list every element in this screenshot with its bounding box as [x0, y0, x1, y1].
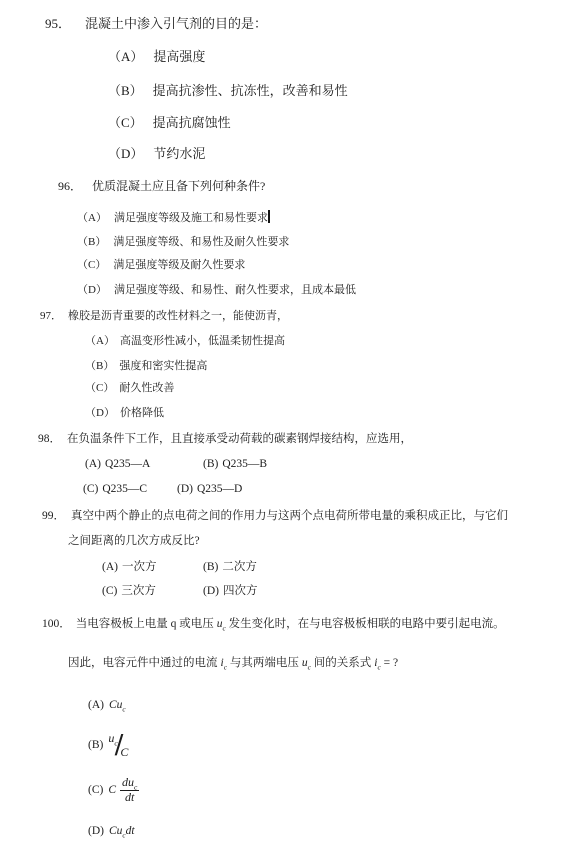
question-100-title-line1: 100．当电容极板上电量 q 或电压uc发生变化时，在与电容极板相联的电路中要引… [42, 617, 505, 631]
option-text: Q235—A [105, 458, 150, 470]
q99-option-c: (C)三次方 [102, 584, 156, 598]
option-label: (D) [203, 584, 219, 598]
q100-option-a: (A)Cuc [88, 698, 126, 712]
option-label: (A) [102, 560, 118, 574]
option-label: (A) [85, 457, 101, 471]
option-label: （C） [85, 382, 114, 396]
question-96-title: 96．优质混凝土应且备下列何种条件? [58, 179, 265, 194]
question-text: 橡胶是沥青重要的改性材料之一，能使沥青， [68, 310, 288, 322]
text-cursor [268, 210, 270, 223]
q96-option-b: （B）满足强度等级、和易性及耐久性要求 [77, 236, 289, 250]
math-ic: ic [374, 657, 380, 669]
option-text: 强度和密实性提高 [119, 360, 207, 372]
q100-option-c: (C) C duc dt [88, 776, 139, 805]
math-uc: uc [302, 657, 311, 669]
option-label: (C) [83, 482, 98, 496]
q98-option-b: (B)Q235—B [203, 457, 267, 471]
option-text: 四次方 [223, 585, 258, 597]
option-label: (C) [102, 584, 117, 598]
formula-Cuc: Cuc [109, 698, 126, 712]
q97-option-b: （B）强度和密实性提高 [85, 360, 207, 374]
q95-option-a: （A）提高强度 [108, 49, 205, 65]
question-text: 真空中两个静止的点电荷之间的作用力与这两个点电荷所带电量的乘积成正比，与它们 [71, 510, 508, 522]
question-number: 98． [38, 433, 61, 445]
option-label: （D） [77, 284, 107, 298]
option-label: （B） [85, 360, 114, 374]
option-label: (B) [203, 457, 218, 471]
option-label: （D） [85, 407, 115, 421]
option-text: 二次方 [222, 561, 257, 573]
question-text: 当电容极板上电量 q 或电压 [76, 618, 214, 630]
question-97-title: 97．橡胶是沥青重要的改性材料之一，能使沥青， [40, 310, 288, 324]
option-text: Q235—B [222, 458, 267, 470]
q96-option-a: （A）满足强度等级及施工和易性要求 [77, 210, 270, 226]
question-number: 95． [45, 16, 71, 31]
option-label: （A） [77, 212, 107, 226]
q100-option-b: (B) uc∕C [88, 734, 128, 756]
question-99-title-line1: 99．真空中两个静止的点电荷之间的作用力与这两个点电荷所带电量的乘积成正比，与它… [42, 509, 508, 523]
q99-option-b: (B)二次方 [203, 560, 257, 574]
option-label: (B) [88, 738, 103, 752]
question-number: 96． [58, 179, 82, 193]
option-label: （B） [108, 83, 143, 99]
q98-option-c: (C)Q235—C [83, 482, 147, 496]
option-text: 一次方 [122, 561, 157, 573]
option-text: 满足强度等级、和易性、耐久性要求，且成本最低 [114, 284, 356, 296]
q96-option-c: （C）满足强度等级及耐久性要求 [77, 259, 245, 273]
option-text: Q235—D [197, 483, 242, 495]
option-label: （A） [85, 335, 115, 349]
option-label: (D) [177, 482, 193, 496]
option-text: 提高抗渗性、抗冻性，改善和易性 [153, 83, 348, 98]
q99-option-d: (D)四次方 [203, 584, 257, 598]
option-text: 满足强度等级、和易性及耐久性要求 [113, 236, 289, 248]
option-label: （D） [108, 146, 143, 162]
question-number: 97． [40, 310, 62, 322]
document-page[interactable]: 95．混凝土中渗入引气剂的目的是： （A）提高强度 （B）提高抗渗性、抗冻性，改… [0, 0, 574, 850]
q95-option-b: （B）提高抗渗性、抗冻性，改善和易性 [108, 83, 348, 99]
option-label: (B) [203, 560, 218, 574]
q99-option-a: (A)一次方 [102, 560, 156, 574]
question-text: 之间距离的几次方成反比? [68, 535, 200, 547]
option-text: 三次方 [121, 585, 156, 597]
question-number: 100． [42, 618, 71, 630]
question-text: 混凝土中渗入引气剂的目的是： [85, 16, 267, 31]
question-text: 与其两端电压 [230, 657, 299, 669]
option-text: 耐久性改善 [119, 382, 174, 394]
formula-coefficient: C [108, 783, 116, 797]
formula-duc-over-dt: duc dt [120, 776, 139, 805]
question-98-title: 98．在负温条件下工作，且直接承受动荷载的碳素钢焊接结构，应选用， [38, 432, 412, 446]
math-ic: ic [221, 657, 227, 669]
question-99-title-line2: 之间距离的几次方成反比? [68, 534, 200, 548]
question-95-title: 95．混凝土中渗入引气剂的目的是： [45, 16, 267, 32]
option-text: 满足强度等级及施工和易性要求 [114, 212, 268, 224]
option-label: （A） [108, 49, 143, 65]
question-text: 在负温条件下工作，且直接承受动荷载的碳素钢焊接结构，应选用， [67, 433, 412, 445]
q98-option-a: (A)Q235—A [85, 457, 150, 471]
option-text: 提高抗腐蚀性 [153, 115, 231, 130]
option-label: （C） [108, 115, 143, 131]
formula-uc-over-C: uc∕C [108, 734, 128, 756]
option-text: 节约水泥 [153, 146, 205, 161]
question-text: 间的关系式 [314, 657, 372, 669]
q95-option-d: （D）节约水泥 [108, 146, 205, 162]
q97-option-a: （A）高温变形性减小，低温柔韧性提高 [85, 335, 285, 349]
question-text: 优质混凝土应且备下列何种条件? [92, 179, 265, 193]
math-uc: uc [217, 618, 226, 630]
option-label: （C） [77, 259, 106, 273]
option-text: Q235—C [102, 483, 147, 495]
q98-option-d: (D)Q235—D [177, 482, 242, 496]
question-text: 发生变化时，在与电容极板相联的电路中要引起电流。 [229, 618, 505, 630]
option-text: 提高强度 [153, 49, 205, 64]
option-label: (D) [88, 824, 104, 838]
q97-option-d: （D）价格降低 [85, 407, 164, 421]
q97-option-c: （C）耐久性改善 [85, 382, 174, 396]
q95-option-c: （C）提高抗腐蚀性 [108, 115, 231, 131]
option-label: (C) [88, 783, 103, 797]
question-number: 99． [42, 510, 65, 522]
question-text: 因此，电容元件中通过的电流 [68, 657, 218, 669]
option-text: 满足强度等级及耐久性要求 [113, 259, 245, 271]
option-text: 高温变形性减小，低温柔韧性提高 [120, 335, 285, 347]
question-100-title-line2: 因此，电容元件中通过的电流ic与其两端电压uc间的关系式ic= ? [68, 656, 398, 670]
q96-option-d: （D）满足强度等级、和易性、耐久性要求，且成本最低 [77, 284, 356, 298]
option-label: (A) [88, 698, 104, 712]
formula-Cucdt: Cucdt [109, 824, 135, 838]
question-text: = ? [384, 657, 398, 669]
q100-option-d: (D)Cucdt [88, 824, 135, 838]
option-text: 价格降低 [120, 407, 164, 419]
option-label: （B） [77, 236, 106, 250]
